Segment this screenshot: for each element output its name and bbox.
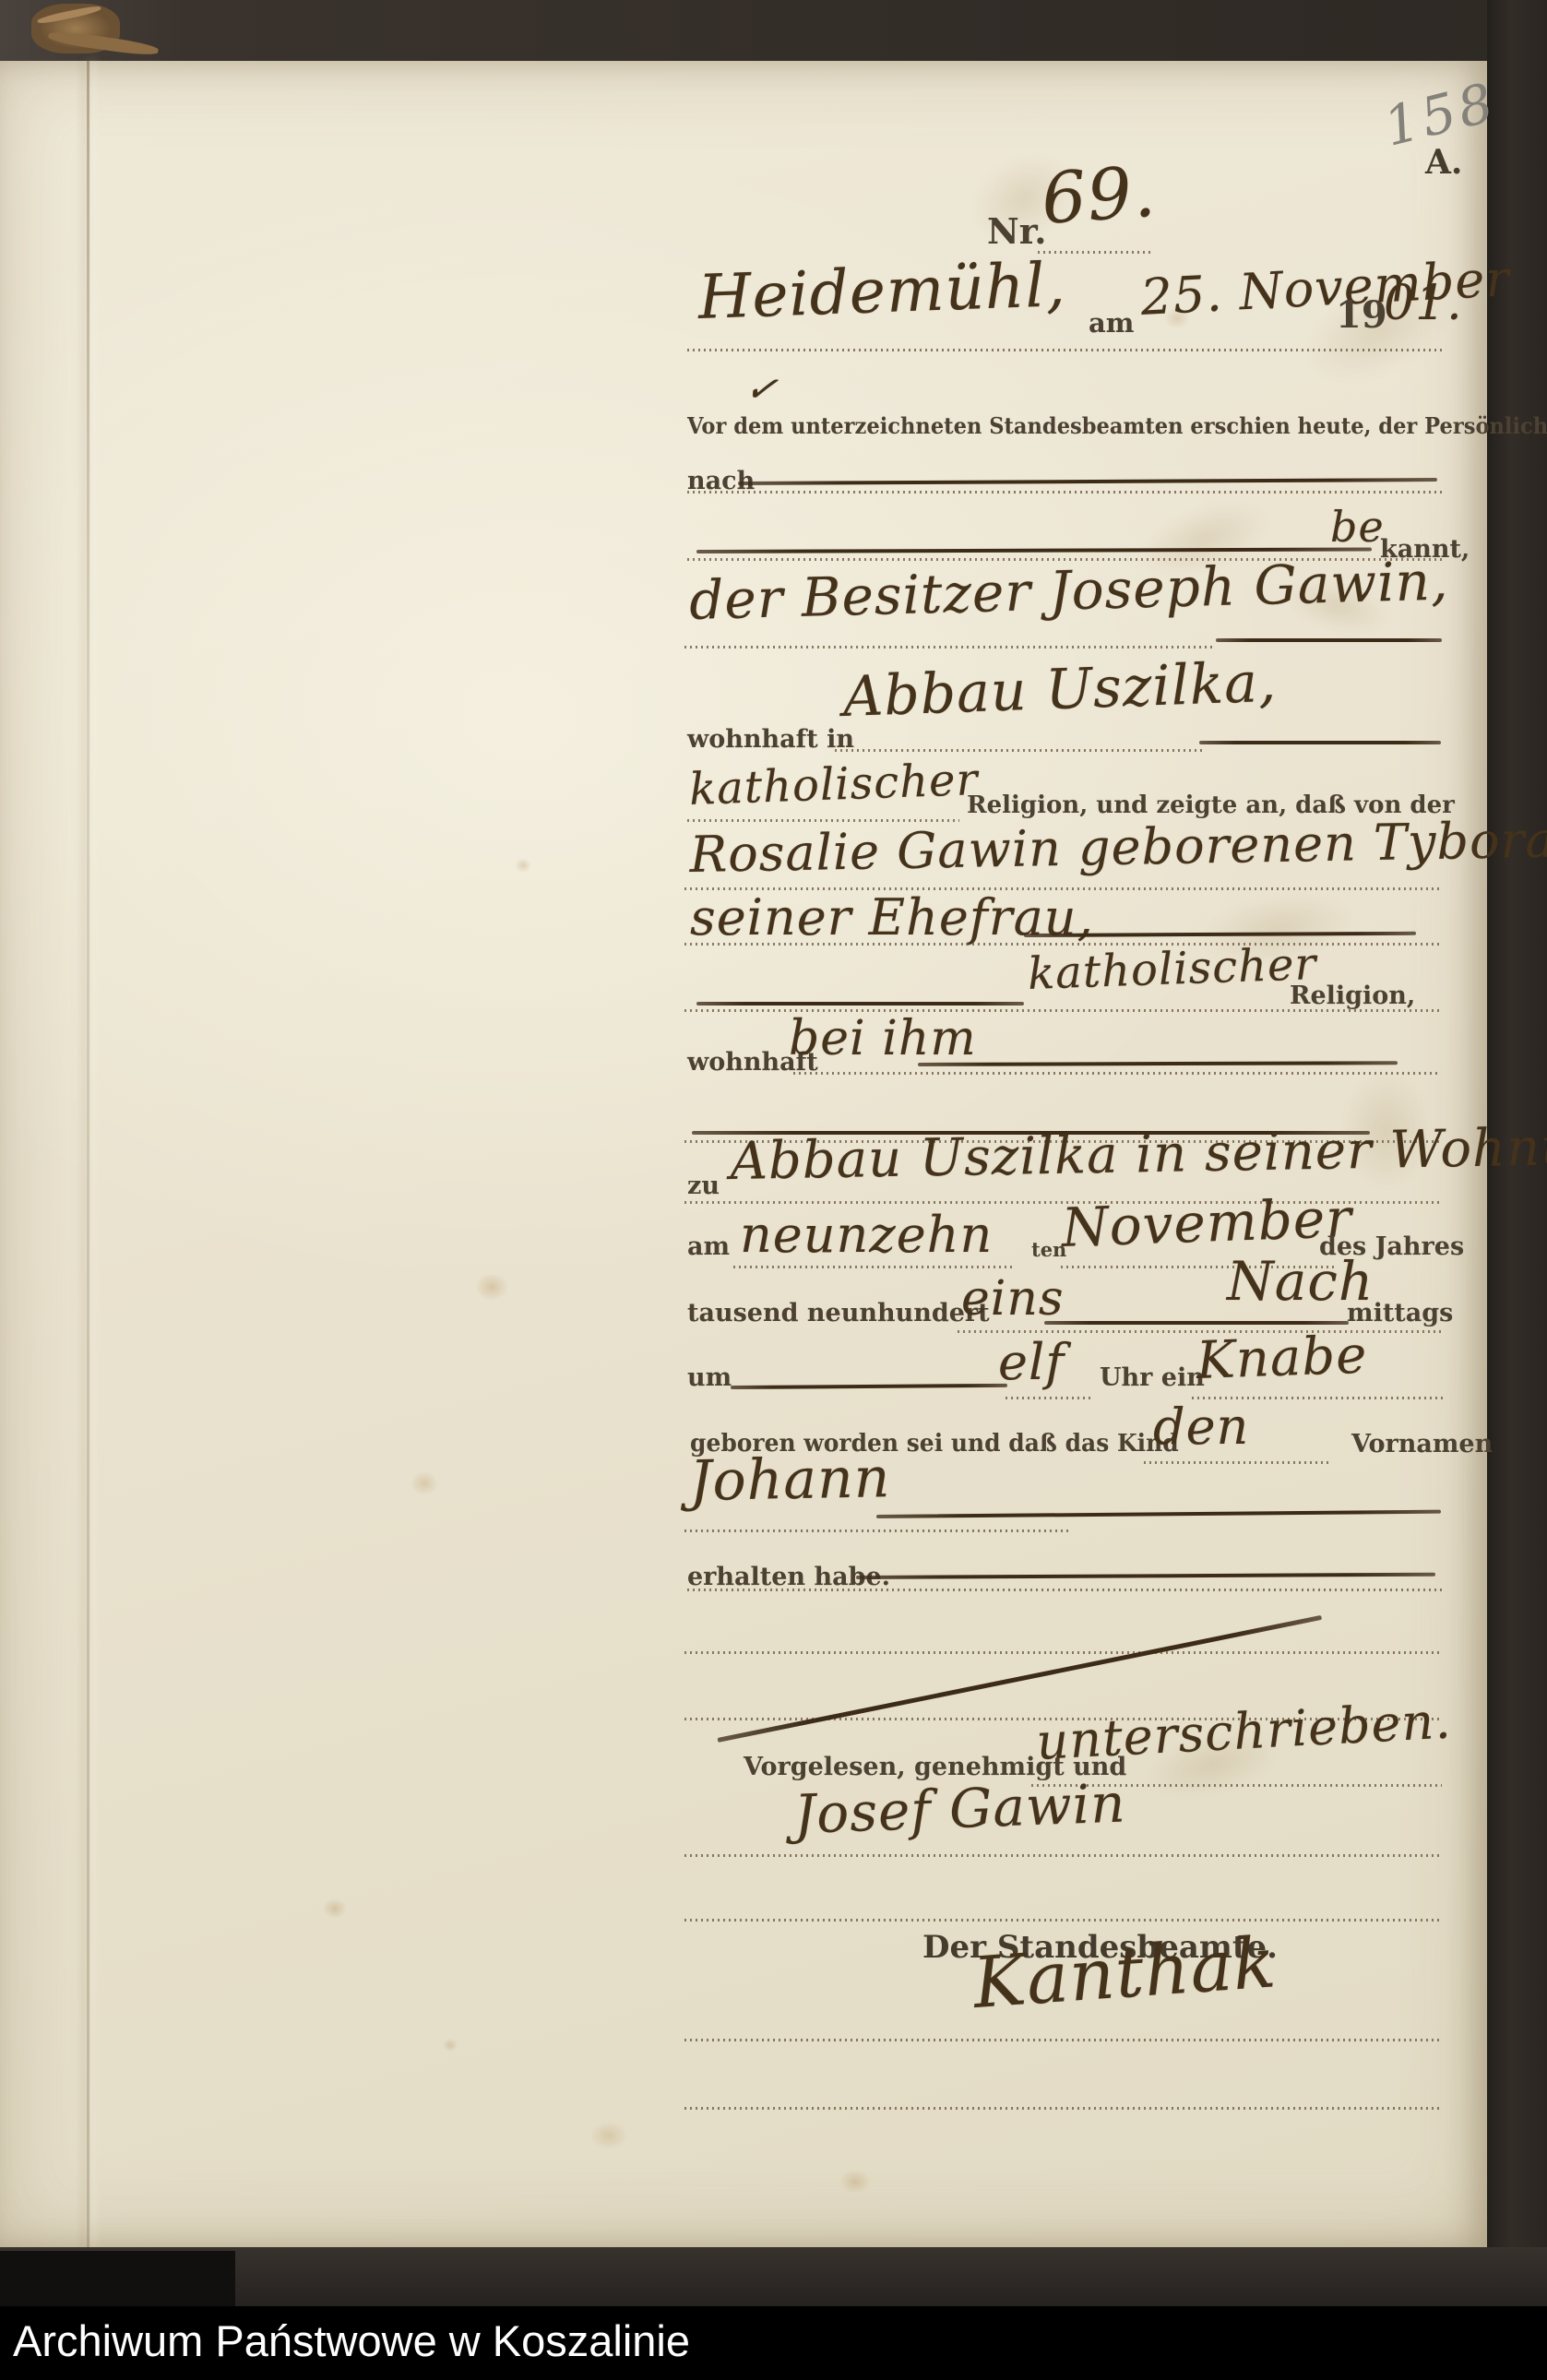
year-script: 01. [1384,280,1463,327]
dotted-line [684,1919,1443,1922]
ink-strike-line [696,1002,1024,1006]
registrar-signature: Kanthak [971,1927,1279,2018]
wohnhaft2-value: bei ihm [789,1015,977,1063]
book-top-edge [0,0,1547,61]
intro-line: Vor dem unterzeichneten Standesbeamten e… [687,415,1547,437]
am2-label: am [687,1234,730,1259]
birth-month: November [1061,1191,1353,1255]
dotted-line [835,749,1204,752]
year-word: eins [961,1275,1065,1323]
dotted-line [684,2107,1443,2110]
birthplace-value: Abbau Uszilka in seiner Wohnung [730,1121,1547,1188]
archive-caption-bar: Archiwum Państwowe w Koszalinie [0,2306,1547,2380]
year-printed: 19 [1336,297,1387,334]
ink-strike-line [1216,638,1442,642]
tausend-label: tausend neunhundert [687,1301,990,1326]
uhr-ein-label: Uhr ein [1100,1365,1205,1390]
mittags-label: mittags [1347,1301,1453,1326]
residence-value: Abbau Uszilka, [842,655,1278,725]
dotted-line [793,1072,1439,1075]
first-name-value: Johann [689,1450,891,1509]
dotted-line [687,1589,1442,1591]
be-script: be [1330,506,1385,548]
place-name: Heidemühl, [697,255,1067,328]
dotted-line [687,491,1442,494]
dotted-line [1006,1397,1093,1399]
mother-name: Rosalie Gawin geborenen Tybora, [689,815,1547,880]
dotted-line [1144,1461,1328,1464]
dotted-line [687,349,1442,351]
form-letter-a: A. [1425,146,1462,179]
record-number-value: 69. [1040,157,1159,234]
scanned-document: 158 A. Nr. 69. Heidemühl, am 25. Novembe… [0,0,1547,2380]
fold-crease [87,61,89,2247]
dotted-line [684,943,1441,946]
birthplace-prefix: zu [687,1173,720,1198]
child-sex-value: Knabe [1196,1330,1368,1387]
ink-strike-line [1199,741,1441,744]
den-value: den [1153,1402,1249,1452]
ink-strike-line [1044,1321,1349,1325]
dotted-line [733,1266,1015,1268]
record-number-label: Nr. [987,214,1047,249]
declarant-signature: Josef Gawin [793,1776,1126,1841]
archive-caption: Archiwum Państwowe w Koszalinie [13,2315,690,2366]
religion1-value: katholischer [688,757,979,812]
birth-day: neunzehn [740,1210,993,1260]
um-label: um [687,1365,732,1390]
vornamen-label: Vornamen [1351,1432,1493,1457]
wohnhaft-in-label: wohnhaft in [687,727,854,752]
dotted-line [684,1651,1443,1654]
dotted-line [684,1854,1443,1857]
dotted-line [684,646,1215,649]
check-mark: ✓ [743,367,781,411]
dotted-line [684,2039,1443,2041]
am-label: am [1089,310,1134,337]
religion2-value: katholischer [1027,942,1317,996]
book-bottom-shadow [0,2251,235,2308]
religion2-label: Religion, [1290,983,1415,1008]
hour-value: elf [998,1338,1065,1387]
dotted-line [684,1529,1072,1532]
